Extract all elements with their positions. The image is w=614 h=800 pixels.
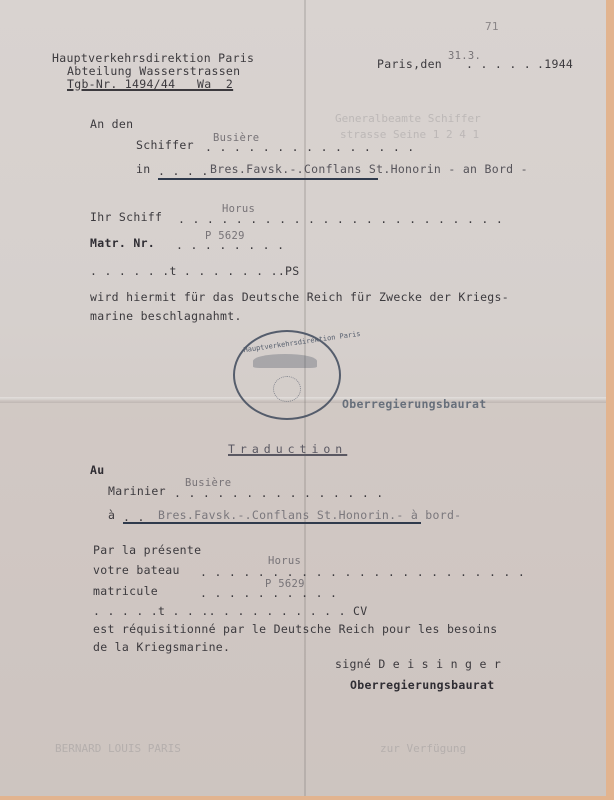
bleed-through-text: Generalbeamte Schiffer xyxy=(335,112,481,125)
marinier-label: Marinier xyxy=(108,484,166,498)
matr-number: P 5629 xyxy=(205,230,245,242)
place-label: Paris,den xyxy=(377,57,442,71)
document-page: Generalbeamte Schiffer strasse Seine 1 2… xyxy=(0,0,606,796)
year: .1944 xyxy=(537,57,573,71)
reference-number: Tgb-Nr. 1494/44 Wa 2 xyxy=(67,77,233,91)
bateau-label: votre bateau xyxy=(93,563,180,577)
stamp-ring-text: Hauptverkehrsdirektion Paris xyxy=(243,330,361,354)
ship-label: Ihr Schiff xyxy=(90,210,162,224)
bateau-dots: . . . . . . . . . . . . . . . . . . . . … xyxy=(200,565,525,579)
location-fr-underline xyxy=(123,522,421,524)
bleed-through-text: zur Verfügung xyxy=(380,742,466,755)
schiffer-name: Busière xyxy=(213,132,259,144)
location-fr: Bres.Favsk.-.Conflans St.Honorin.- à bor… xyxy=(158,508,461,522)
body-de-line-1: wird hiermit für das Deutsche Reich für … xyxy=(90,290,509,304)
salutation-de: An den xyxy=(90,117,133,131)
eagle-icon xyxy=(253,354,317,368)
bleed-through-text: BERNARD LOUIS PARIS xyxy=(55,742,181,755)
matr-label: Matr. Nr. xyxy=(90,236,155,250)
signature-title-de: Oberregierungsbaurat xyxy=(342,397,486,411)
location-de: Bres.Favsk.-.Conflans St.Honorin - an Bo… xyxy=(210,162,528,176)
marinier-name: Busière xyxy=(185,477,231,489)
wreath-icon xyxy=(273,376,301,402)
matricule-number: P 5629 xyxy=(265,578,305,590)
a-label: à xyxy=(108,508,115,522)
tonnage-line-fr: . . . . .t . . .. . . . . . . . . . CV xyxy=(93,604,368,618)
body-fr-line-2: de la Kriegsmarine. xyxy=(93,640,230,654)
date-handwritten: 31.3. xyxy=(448,50,481,62)
translation-title: Traduction xyxy=(228,442,347,456)
bateau-name: Horus xyxy=(268,555,301,567)
page-number: 71 xyxy=(485,20,499,33)
tonnage-line-de: . . . . . .t . . . . . . ..PS xyxy=(90,264,299,278)
header-line-1: Hauptverkehrsdirektion Paris xyxy=(52,51,254,65)
official-stamp: Hauptverkehrsdirektion Paris xyxy=(233,330,341,420)
signature-title-fr: Oberregierungsbaurat xyxy=(350,678,494,692)
body-fr-line-1: est réquisitionné par le Deutsche Reich … xyxy=(93,622,498,636)
ship-name: Horus xyxy=(222,203,255,215)
intro-fr: Par la présente xyxy=(93,543,201,557)
body-de-line-2: marine beschlagnahmt. xyxy=(90,309,242,323)
location-underline xyxy=(158,178,378,180)
matricule-label: matricule xyxy=(93,584,158,598)
in-dots: . . . . xyxy=(158,164,209,178)
salutation-fr: Au xyxy=(90,463,104,477)
signed-by: signé D e i s i n g e r xyxy=(335,657,501,671)
in-label: in xyxy=(136,162,150,176)
header-line-2: Abteilung Wasserstrassen xyxy=(67,64,240,78)
schiffer-label: Schiffer xyxy=(136,138,194,152)
